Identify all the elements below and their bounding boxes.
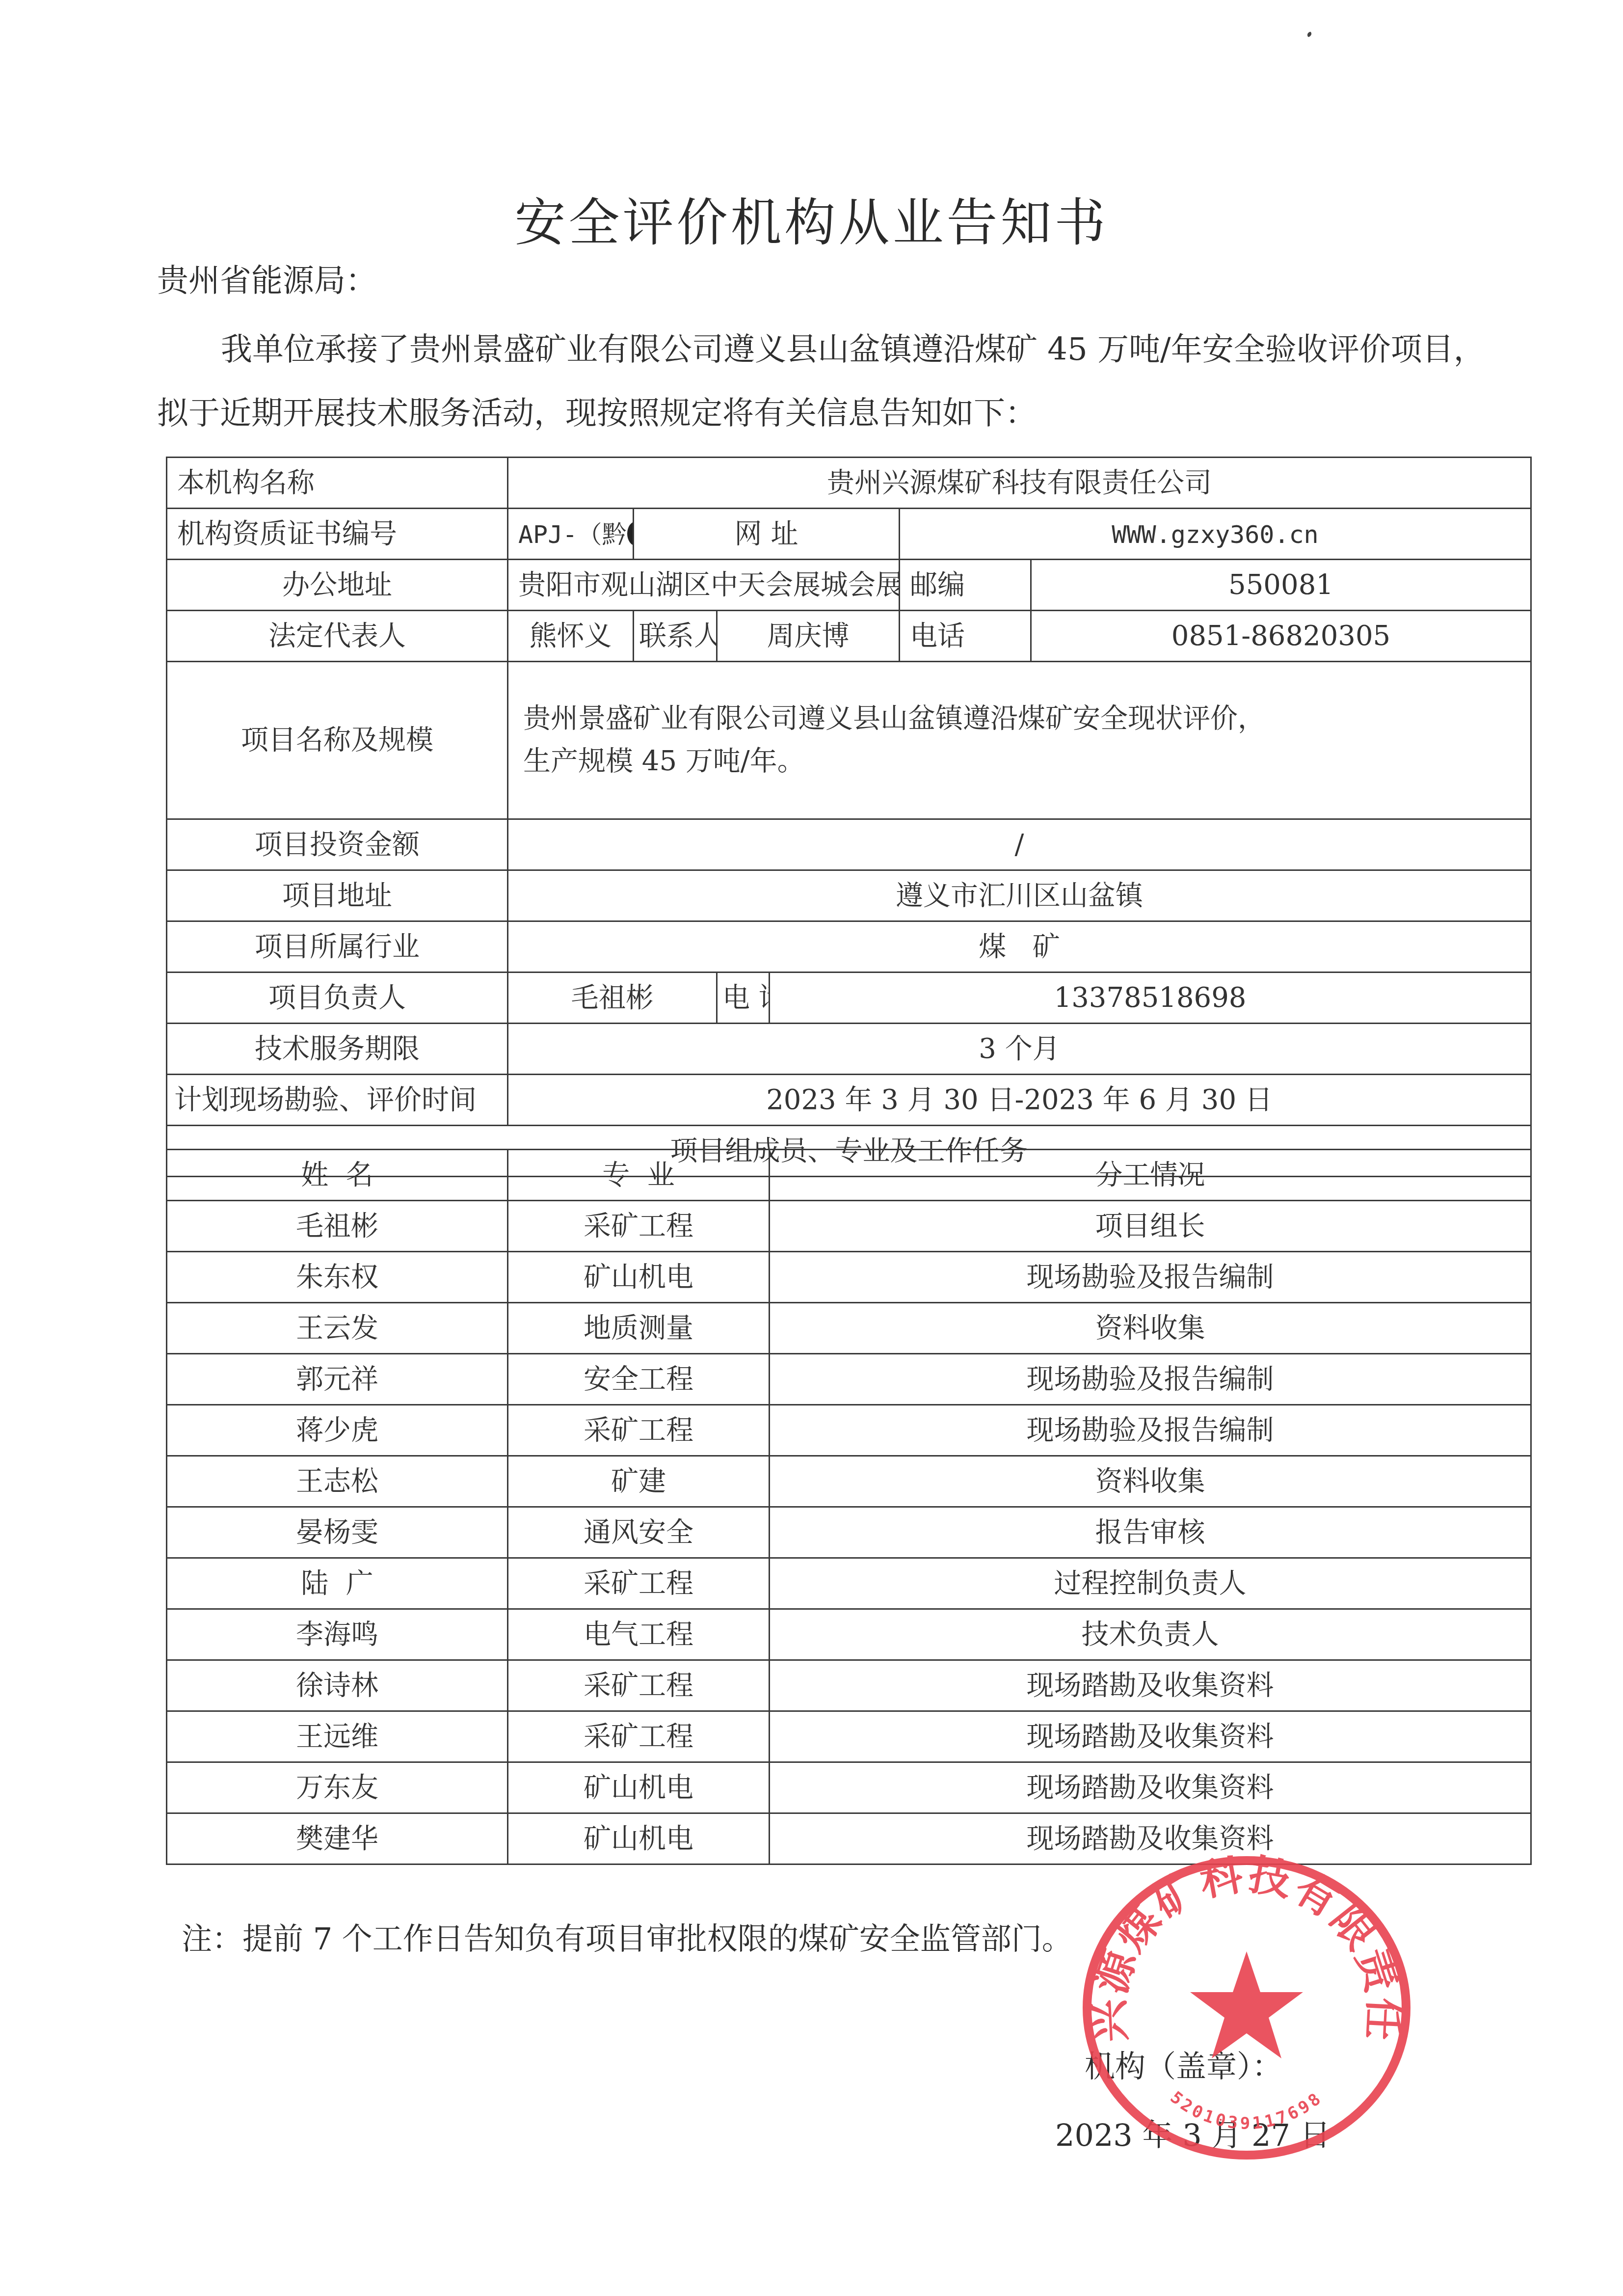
org-seal-label: 机构（盖章）： xyxy=(1085,2042,1282,2086)
project-address-label: 项目地址 xyxy=(167,870,508,921)
cert-prefix: APJ-（黔 xyxy=(518,520,626,549)
member-task: 资料收集 xyxy=(770,1456,1531,1507)
row-org-name: 本机构名称 贵州兴源煤矿科技有限责任公司 xyxy=(167,458,1531,509)
svg-text:贵州兴源煤矿科技有限责任公司: 贵州兴源煤矿科技有限责任公司 xyxy=(1080,1851,1409,2043)
member-name: 蒋少虎 xyxy=(167,1405,508,1456)
phone-value: 0851-86820305 xyxy=(1031,611,1531,662)
row-certificate: 机构资质证书编号 APJ-（黔煤）-006 网 址 WWW.gzxy360.cn xyxy=(167,509,1531,560)
member-major: 矿建 xyxy=(508,1456,770,1507)
project-address-value: 遵义市汇川区山盆镇 xyxy=(508,870,1531,921)
member-name: 王云发 xyxy=(167,1303,508,1354)
website-label: 网 址 xyxy=(634,509,900,560)
office-address-value: 贵阳市观山湖区中天会展城会展东路 D 座 14 楼 xyxy=(508,560,900,611)
team-header-major: 专 业 xyxy=(508,1150,770,1201)
investment-value: / xyxy=(508,819,1531,870)
member-task: 报告审核 xyxy=(770,1507,1531,1558)
member-task: 现场勘验及报告编制 xyxy=(770,1252,1531,1303)
member-name: 晏杨雯 xyxy=(167,1507,508,1558)
row-planned-time: 计划现场勘验、评价时间 2023 年 3 月 30 日-2023 年 6 月 3… xyxy=(167,1075,1531,1126)
member-task: 过程控制负责人 xyxy=(770,1558,1531,1609)
project-lead-value: 毛祖彬 xyxy=(508,972,717,1024)
team-rows: 毛祖彬采矿工程项目组长朱东权矿山机电现场勘验及报告编制王云发地质测量资料收集郭元… xyxy=(167,1201,1531,1864)
row-service-period: 技术服务期限 3 个月 xyxy=(167,1024,1531,1075)
sign-date: 2023 年 3 月 27 日 xyxy=(1055,2111,1330,2155)
row-office-address: 办公地址 贵阳市观山湖区中天会展城会展东路 D 座 14 楼 邮编 550081 xyxy=(167,560,1531,611)
team-member-row: 毛祖彬采矿工程项目组长 xyxy=(167,1201,1531,1252)
project-name-label: 项目名称及规模 xyxy=(167,662,508,819)
office-address-label: 办公地址 xyxy=(167,560,508,611)
member-name: 陆 广 xyxy=(167,1558,508,1609)
member-name: 朱东权 xyxy=(167,1252,508,1303)
member-task: 项目组长 xyxy=(770,1201,1531,1252)
member-task: 资料收集 xyxy=(770,1303,1531,1354)
project-name-line2: 生产规模 45 万吨/年。 xyxy=(523,740,1525,783)
team-member-row: 王云发地质测量资料收集 xyxy=(167,1303,1531,1354)
org-name-value: 贵州兴源煤矿科技有限责任公司 xyxy=(508,458,1531,509)
document-title: 安全评价机构从业告知书 xyxy=(0,182,1623,255)
cert-value: APJ-（黔煤）-006 xyxy=(508,509,634,560)
member-task: 现场踏勘及收集资料 xyxy=(770,1711,1531,1762)
team-member-row: 王志松矿建资料收集 xyxy=(167,1456,1531,1507)
team-header-task: 分工情况 xyxy=(770,1150,1531,1201)
team-member-row: 樊建华矿山机电现场踏勘及收集资料 xyxy=(167,1813,1531,1864)
member-major: 电气工程 xyxy=(508,1609,770,1660)
member-major: 采矿工程 xyxy=(508,1711,770,1762)
team-member-row: 蒋少虎采矿工程现场勘验及报告编制 xyxy=(167,1405,1531,1456)
team-header-row: 姓 名 专 业 分工情况 xyxy=(167,1150,1531,1201)
member-name: 王志松 xyxy=(167,1456,508,1507)
member-name: 李海鸣 xyxy=(167,1609,508,1660)
member-task: 现场勘验及报告编制 xyxy=(770,1405,1531,1456)
redaction-dot-icon xyxy=(627,521,633,546)
project-lead-label: 项目负责人 xyxy=(167,972,508,1024)
intro-paragraph-line1: 我单位承接了贵州景盛矿业有限公司遵义县山盆镇遵沿煤矿 45 万吨/年安全验收评价… xyxy=(221,324,1485,369)
member-task: 现场踏勘及收集资料 xyxy=(770,1660,1531,1711)
row-legal-representative: 法定代表人 熊怀义 联系人 周庆博 电话 0851-86820305 xyxy=(167,611,1531,662)
team-member-row: 万东友矿山机电现场踏勘及收集资料 xyxy=(167,1762,1531,1813)
postcode-value: 550081 xyxy=(1031,560,1531,611)
row-industry: 项目所属行业 煤 矿 xyxy=(167,921,1531,972)
member-major: 采矿工程 xyxy=(508,1660,770,1711)
industry-value: 煤 矿 xyxy=(508,921,1531,972)
member-major: 采矿工程 xyxy=(508,1201,770,1252)
notice-form-table: 本机构名称 贵州兴源煤矿科技有限责任公司 机构资质证书编号 APJ-（黔煤）-0… xyxy=(166,457,1532,1177)
legal-rep-label: 法定代表人 xyxy=(167,611,508,662)
scan-speck xyxy=(1306,31,1313,37)
member-major: 采矿工程 xyxy=(508,1558,770,1609)
footnote: 注：提前 7 个工作日告知负有项目审批权限的煤矿安全监管部门。 xyxy=(182,1915,1072,1958)
member-name: 徐诗林 xyxy=(167,1660,508,1711)
member-name: 万东友 xyxy=(167,1762,508,1813)
member-task: 现场勘验及报告编制 xyxy=(770,1354,1531,1405)
legal-rep-value: 熊怀义 xyxy=(508,611,634,662)
member-major: 安全工程 xyxy=(508,1354,770,1405)
row-project-address: 项目地址 遵义市汇川区山盆镇 xyxy=(167,870,1531,921)
website-text: WWW.gzxy360.cn xyxy=(1112,520,1318,549)
service-period-value: 3 个月 xyxy=(508,1024,1531,1075)
member-task: 现场踏勘及收集资料 xyxy=(770,1813,1531,1864)
team-members-table: 姓 名 专 业 分工情况 毛祖彬采矿工程项目组长朱东权矿山机电现场勘验及报告编制… xyxy=(166,1149,1532,1865)
project-name-value: 贵州景盛矿业有限公司遵义县山盆镇遵沿煤矿安全现状评价， 生产规模 45 万吨/年… xyxy=(508,662,1531,819)
member-major: 矿山机电 xyxy=(508,1762,770,1813)
contact-label: 联系人 xyxy=(634,611,717,662)
recipient: 贵州省能源局： xyxy=(157,255,377,300)
member-major: 矿山机电 xyxy=(508,1813,770,1864)
website-value: WWW.gzxy360.cn xyxy=(900,509,1531,560)
team-member-row: 陆 广采矿工程过程控制负责人 xyxy=(167,1558,1531,1609)
row-investment: 项目投资金额 / xyxy=(167,819,1531,870)
project-name-line1: 贵州景盛矿业有限公司遵义县山盆镇遵沿煤矿安全现状评价， xyxy=(523,698,1525,740)
member-name: 王远维 xyxy=(167,1711,508,1762)
project-lead-phone-value: 13378518698 xyxy=(770,972,1531,1024)
contact-value: 周庆博 xyxy=(717,611,900,662)
org-name-label: 本机构名称 xyxy=(167,458,508,509)
planned-time-value: 2023 年 3 月 30 日-2023 年 6 月 30 日 xyxy=(508,1075,1531,1126)
team-member-row: 王远维采矿工程现场踏勘及收集资料 xyxy=(167,1711,1531,1762)
intro-paragraph-line2: 拟于近期开展技术服务活动，现按照规定将有关信息告知如下： xyxy=(157,388,1037,433)
member-name: 毛祖彬 xyxy=(167,1201,508,1252)
member-name: 樊建华 xyxy=(167,1813,508,1864)
row-project-lead: 项目负责人 毛祖彬 电 话 13378518698 xyxy=(167,972,1531,1024)
member-name: 郭元祥 xyxy=(167,1354,508,1405)
project-lead-phone-label: 电 话 xyxy=(717,972,770,1024)
investment-label: 项目投资金额 xyxy=(167,819,508,870)
team-member-row: 朱东权矿山机电现场勘验及报告编制 xyxy=(167,1252,1531,1303)
cert-label: 机构资质证书编号 xyxy=(167,509,508,560)
team-header-name: 姓 名 xyxy=(167,1150,508,1201)
member-major: 矿山机电 xyxy=(508,1252,770,1303)
team-member-row: 晏杨雯通风安全报告审核 xyxy=(167,1507,1531,1558)
row-project-name: 项目名称及规模 贵州景盛矿业有限公司遵义县山盆镇遵沿煤矿安全现状评价， 生产规模… xyxy=(167,662,1531,819)
postcode-label: 邮编 xyxy=(900,560,1031,611)
member-task: 现场踏勘及收集资料 xyxy=(770,1762,1531,1813)
industry-label: 项目所属行业 xyxy=(167,921,508,972)
service-period-label: 技术服务期限 xyxy=(167,1024,508,1075)
team-member-row: 李海鸣电气工程技术负责人 xyxy=(167,1609,1531,1660)
member-major: 采矿工程 xyxy=(508,1405,770,1456)
team-member-row: 徐诗林采矿工程现场踏勘及收集资料 xyxy=(167,1660,1531,1711)
planned-time-label: 计划现场勘验、评价时间 xyxy=(167,1075,508,1126)
phone-label: 电话 xyxy=(900,611,1031,662)
stamp-text: 贵州兴源煤矿科技有限责任公司 xyxy=(1080,1851,1409,2043)
member-major: 通风安全 xyxy=(508,1507,770,1558)
member-major: 地质测量 xyxy=(508,1303,770,1354)
member-task: 技术负责人 xyxy=(770,1609,1531,1660)
team-member-row: 郭元祥安全工程现场勘验及报告编制 xyxy=(167,1354,1531,1405)
